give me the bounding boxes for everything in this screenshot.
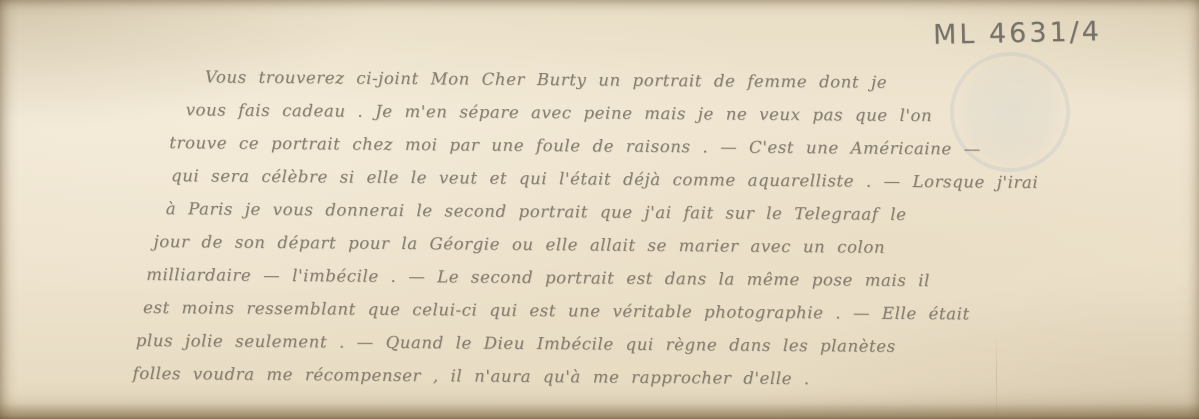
letter-sheet: ML 4631/4 Vous trouverez ci-joint Mon Ch…: [0, 0, 1199, 419]
letter-line: folles voudra me récompenser , il n'aura…: [132, 357, 1196, 398]
torn-bottom-edge: [0, 403, 1199, 419]
letter-body: Vous trouverez ci-joint Mon Cher Burty u…: [0, 59, 1199, 398]
catalog-mark: ML 4631/4: [933, 16, 1103, 51]
